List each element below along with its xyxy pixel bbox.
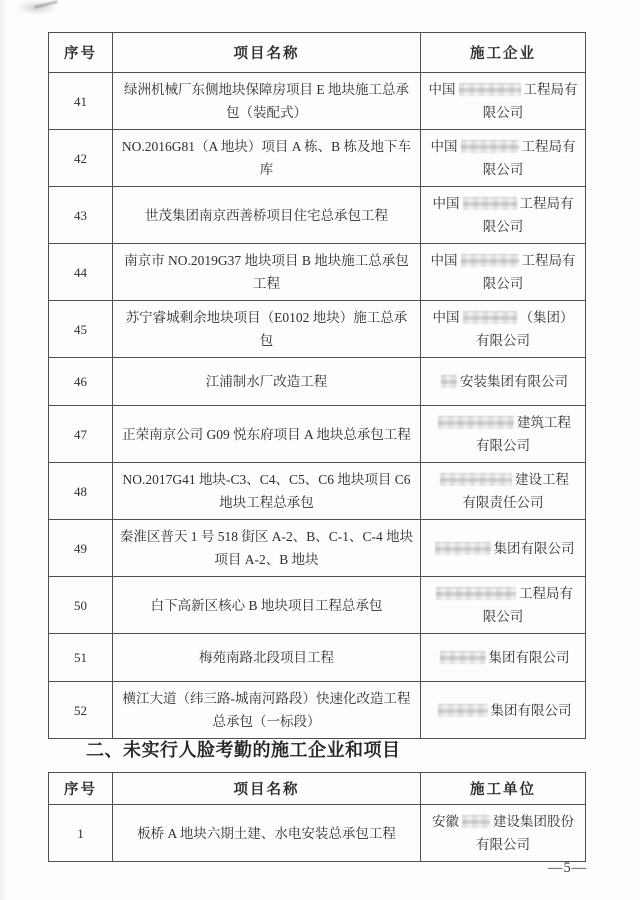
header-row: 序号项目名称施工单位 xyxy=(49,773,586,805)
company-line: 中国工程局有 xyxy=(427,78,579,101)
company-line: 限公司 xyxy=(427,272,579,295)
serial-number-cell: 46 xyxy=(49,358,113,406)
table-row: 50白下高新区核心 B 地块项目工程总承包工程局有限公司 xyxy=(49,577,586,634)
column-header: 项目名称 xyxy=(113,33,421,73)
company-line: 工程局有 xyxy=(427,582,579,605)
project-name-cell: 白下高新区核心 B 地块项目工程总承包 xyxy=(113,577,421,634)
company-text: （集团） xyxy=(520,310,574,325)
serial-number-cell: 44 xyxy=(49,244,113,301)
company-line: 集团有限公司 xyxy=(427,537,579,560)
company-cell: 建设工程有限责任公司 xyxy=(421,463,586,520)
redacted-company-name xyxy=(463,311,517,324)
redacted-company-name xyxy=(459,83,521,96)
company-line: 集团有限公司 xyxy=(427,699,579,722)
company-cell: 中国工程局有限公司 xyxy=(421,244,586,301)
company-text: 安徽 xyxy=(432,814,459,829)
redacted-company-name xyxy=(461,254,519,267)
table-row: 42NO.2016G81（A 地块）项目 A 栋、B 栋及地下车库中国工程局有限… xyxy=(49,130,586,187)
project-name-cell: 梅苑南路北段项目工程 xyxy=(113,634,421,682)
company-text: 有限公司 xyxy=(476,837,530,852)
company-line: 有限公司 xyxy=(427,329,579,352)
table-row: 41绿洲机械厂东侧地块保障房项目 E 地块施工总承包（装配式）中国工程局有限公司 xyxy=(49,73,586,130)
redacted-company-name xyxy=(440,473,512,486)
company-text: 工程局有 xyxy=(520,196,574,211)
company-text: 中国 xyxy=(431,139,458,154)
company-cell: 工程局有限公司 xyxy=(421,577,586,634)
company-cell: 集团有限公司 xyxy=(421,682,586,739)
company-cell: 中国（集团）有限公司 xyxy=(421,301,586,358)
serial-number-cell: 48 xyxy=(49,463,113,520)
company-text: 中国 xyxy=(429,82,456,97)
table-row: 47正荣南京公司 G09 悦东府项目 A 地块总承包工程建筑工程有限公司 xyxy=(49,406,586,463)
company-line: 限公司 xyxy=(427,158,579,181)
redacted-company-name xyxy=(440,651,486,664)
company-text: 有限公司 xyxy=(476,333,530,348)
company-cell: 安装集团有限公司 xyxy=(421,358,586,406)
company-line: 集团有限公司 xyxy=(427,646,579,669)
document-page: 序号项目名称施工企业 41绿洲机械厂东侧地块保障房项目 E 地块施工总承包（装配… xyxy=(0,0,640,900)
company-line: 中国工程局有 xyxy=(427,135,579,158)
company-cell: 建筑工程有限公司 xyxy=(421,406,586,463)
column-header: 项目名称 xyxy=(113,773,421,805)
company-text: 建设集团股份 xyxy=(493,814,574,829)
project-name-cell: 世茂集团南京西善桥项目住宅总承包工程 xyxy=(113,187,421,244)
serial-number-cell: 50 xyxy=(49,577,113,634)
company-cell: 中国工程局有限公司 xyxy=(421,187,586,244)
company-cell: 中国工程局有限公司 xyxy=(421,130,586,187)
company-text: 集团有限公司 xyxy=(491,703,572,718)
company-line: 中国工程局有 xyxy=(427,249,579,272)
company-text: 有限责任公司 xyxy=(463,495,544,510)
project-name-cell: NO.2017G41 地块-C3、C4、C5、C6 地块项目 C6 地块工程总承… xyxy=(113,463,421,520)
company-text: 中国 xyxy=(433,196,460,211)
serial-number-cell: 42 xyxy=(49,130,113,187)
table-row: 1板桥 A 地块六期土建、水电安装总承包工程安徽建设集团股份有限公司 xyxy=(49,805,586,862)
company-text: 中国 xyxy=(431,253,458,268)
company-line: 有限公司 xyxy=(427,434,579,457)
project-name-cell: 南京市 NO.2019G37 地块项目 B 地块施工总承包工程 xyxy=(113,244,421,301)
page-number: —5— xyxy=(548,860,587,877)
serial-number-cell: 52 xyxy=(49,682,113,739)
company-cell: 中国工程局有限公司 xyxy=(421,73,586,130)
company-line: 有限公司 xyxy=(427,833,579,856)
company-text: 集团有限公司 xyxy=(489,650,570,665)
company-text: 工程局有 xyxy=(519,586,573,601)
company-line: 中国工程局有 xyxy=(427,192,579,215)
project-name-cell: 横江大道（纬三路-城南河路段）快速化改造工程总承包（一标段） xyxy=(113,682,421,739)
company-cell: 安徽建设集团股份有限公司 xyxy=(421,805,586,862)
redacted-company-name xyxy=(436,587,516,600)
serial-number-cell: 49 xyxy=(49,520,113,577)
company-cell: 集团有限公司 xyxy=(421,634,586,682)
redacted-company-name xyxy=(438,416,514,429)
project-name-cell: 正荣南京公司 G09 悦东府项目 A 地块总承包工程 xyxy=(113,406,421,463)
table-row: 45苏宁睿城剩余地块项目（E0102 地块）施工总承包中国（集团）有限公司 xyxy=(49,301,586,358)
redacted-company-name xyxy=(463,197,517,210)
company-text: 工程局有 xyxy=(524,82,578,97)
serial-number-cell: 1 xyxy=(49,805,113,862)
no-face-attendance-projects-table: 序号项目名称施工单位 1板桥 A 地块六期土建、水电安装总承包工程安徽建设集团股… xyxy=(48,772,586,862)
company-text: 限公司 xyxy=(483,276,524,291)
company-line: 建设工程 xyxy=(427,468,579,491)
company-text: 建设工程 xyxy=(515,472,569,487)
header-row: 序号项目名称施工企业 xyxy=(49,33,586,73)
project-name-cell: 绿洲机械厂东侧地块保障房项目 E 地块施工总承包（装配式） xyxy=(113,73,421,130)
column-header: 序号 xyxy=(49,773,113,805)
project-name-cell: 江浦制水厂改造工程 xyxy=(113,358,421,406)
redacted-company-name xyxy=(438,704,488,717)
redacted-company-name xyxy=(441,375,457,388)
column-header: 施工单位 xyxy=(421,773,586,805)
project-name-cell: 苏宁睿城剩余地块项目（E0102 地块）施工总承包 xyxy=(113,301,421,358)
table-row: 46江浦制水厂改造工程安装集团有限公司 xyxy=(49,358,586,406)
company-line: 安装集团有限公司 xyxy=(427,370,579,393)
column-header: 序号 xyxy=(49,33,113,73)
project-name-cell: 板桥 A 地块六期土建、水电安装总承包工程 xyxy=(113,805,421,862)
redacted-company-name xyxy=(461,140,519,153)
table-row: 51梅苑南路北段项目工程集团有限公司 xyxy=(49,634,586,682)
table-row: 43世茂集团南京西善桥项目住宅总承包工程中国工程局有限公司 xyxy=(49,187,586,244)
company-text: 工程局有 xyxy=(522,139,576,154)
table-row: 49秦淮区普天 1 号 518 街区 A-2、B、C-1、C-4 地块项目 A-… xyxy=(49,520,586,577)
company-text: 工程局有 xyxy=(522,253,576,268)
table-row: 48NO.2017G41 地块-C3、C4、C5、C6 地块项目 C6 地块工程… xyxy=(49,463,586,520)
section-2-heading: 二、未实行人脸考勤的施工企业和项目 xyxy=(86,736,401,762)
serial-number-cell: 51 xyxy=(49,634,113,682)
company-line: 中国（集团） xyxy=(427,306,579,329)
company-text: 安装集团有限公司 xyxy=(460,374,568,389)
serial-number-cell: 41 xyxy=(49,73,113,130)
company-line: 限公司 xyxy=(427,605,579,628)
redacted-company-name xyxy=(435,542,491,555)
serial-number-cell: 45 xyxy=(49,301,113,358)
serial-number-cell: 47 xyxy=(49,406,113,463)
project-name-cell: NO.2016G81（A 地块）项目 A 栋、B 栋及地下车库 xyxy=(113,130,421,187)
company-line: 安徽建设集团股份 xyxy=(427,810,579,833)
redacted-company-name xyxy=(462,815,490,828)
column-header: 施工企业 xyxy=(421,33,586,73)
serial-number-cell: 43 xyxy=(49,187,113,244)
company-text: 中国 xyxy=(433,310,460,325)
company-line: 限公司 xyxy=(427,215,579,238)
scan-edge-shading xyxy=(0,0,7,900)
company-text: 有限公司 xyxy=(476,438,530,453)
table-row: 52横江大道（纬三路-城南河路段）快速化改造工程总承包（一标段）集团有限公司 xyxy=(49,682,586,739)
table-row: 44南京市 NO.2019G37 地块项目 B 地块施工总承包工程中国工程局有限… xyxy=(49,244,586,301)
company-text: 集团有限公司 xyxy=(494,541,575,556)
company-text: 限公司 xyxy=(483,609,524,624)
company-text: 建筑工程 xyxy=(517,415,571,430)
face-attendance-projects-table: 序号项目名称施工企业 41绿洲机械厂东侧地块保障房项目 E 地块施工总承包（装配… xyxy=(48,32,586,739)
project-name-cell: 秦淮区普天 1 号 518 街区 A-2、B、C-1、C-4 地块项目 A-2、… xyxy=(113,520,421,577)
company-text: 限公司 xyxy=(483,162,524,177)
company-line: 限公司 xyxy=(427,101,579,124)
company-line: 有限责任公司 xyxy=(427,491,579,514)
company-text: 限公司 xyxy=(483,105,524,120)
company-cell: 集团有限公司 xyxy=(421,520,586,577)
company-text: 限公司 xyxy=(483,219,524,234)
company-line: 建筑工程 xyxy=(427,411,579,434)
